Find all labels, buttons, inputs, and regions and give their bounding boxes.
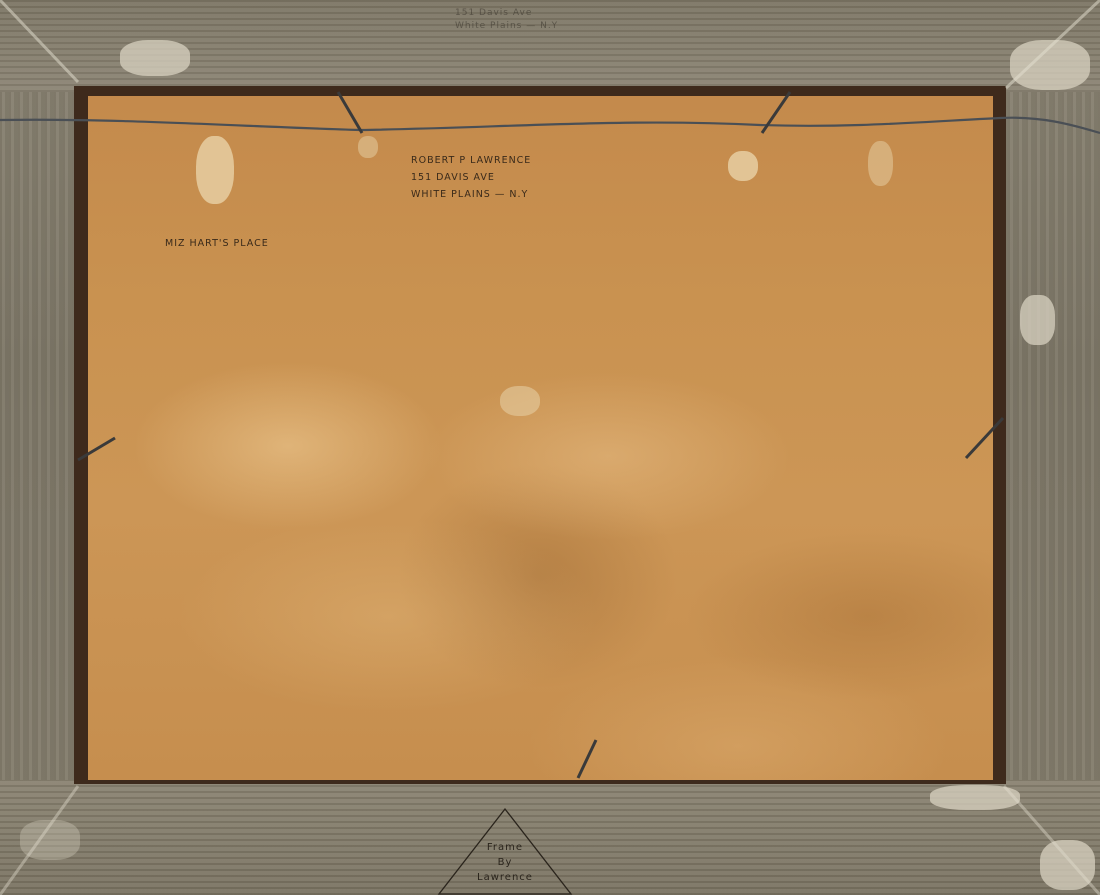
frame-nail	[78, 438, 115, 460]
stamp-line-1: Frame	[436, 842, 574, 853]
stamp-line-3: Lawrence	[436, 872, 574, 883]
frame-nail	[578, 740, 596, 778]
frame-nail	[762, 92, 790, 133]
frame-nail	[966, 418, 1003, 458]
hanging-wire	[0, 0, 1100, 895]
frame-nail	[338, 92, 362, 133]
stamp-line-2: By	[436, 857, 574, 868]
frame-maker-stamp: Frame By Lawrence	[436, 806, 574, 895]
